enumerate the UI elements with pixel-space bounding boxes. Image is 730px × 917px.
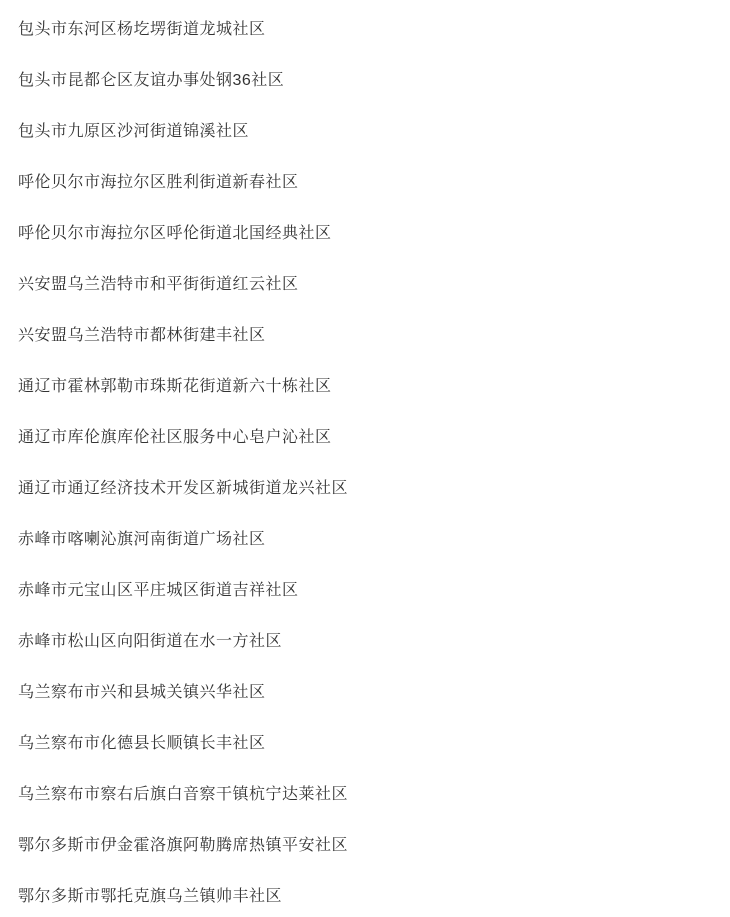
list-item: 通辽市库伦旗库伦社区服务中心皂户沁社区 (18, 430, 720, 446)
list-item: 鄂尔多斯市鄂托克旗乌兰镇帅丰社区 (18, 889, 720, 905)
list-item: 通辽市通辽经济技术开发区新城街道龙兴社区 (18, 481, 720, 497)
list-item: 包头市九原区沙河街道锦溪社区 (18, 124, 720, 140)
list-item: 赤峰市喀喇沁旗河南街道广场社区 (18, 532, 720, 548)
list-item: 乌兰察布市察右后旗白音察干镇杭宁达莱社区 (18, 787, 720, 803)
list-item: 呼伦贝尔市海拉尔区呼伦街道北国经典社区 (18, 226, 720, 242)
list-item: 乌兰察布市兴和县城关镇兴华社区 (18, 685, 720, 701)
list-item: 兴安盟乌兰浩特市和平街街道红云社区 (18, 277, 720, 293)
list-item: 包头市昆都仑区友谊办事处钢36社区 (18, 73, 720, 89)
list-item: 通辽市霍林郭勒市珠斯花街道新六十栋社区 (18, 379, 720, 395)
list-item: 鄂尔多斯市伊金霍洛旗阿勒腾席热镇平安社区 (18, 838, 720, 854)
list-item: 赤峰市元宝山区平庄城区街道吉祥社区 (18, 583, 720, 599)
list-item: 乌兰察布市化德县长顺镇长丰社区 (18, 736, 720, 752)
list-item: 呼伦贝尔市海拉尔区胜利街道新春社区 (18, 175, 720, 191)
list-item: 赤峰市松山区向阳街道在水一方社区 (18, 634, 720, 650)
community-list: 包头市东河区杨圪塄街道龙城社区 包头市昆都仑区友谊办事处钢36社区 包头市九原区… (0, 0, 730, 905)
list-item: 兴安盟乌兰浩特市都林街建丰社区 (18, 328, 720, 344)
list-item: 包头市东河区杨圪塄街道龙城社区 (18, 22, 720, 38)
